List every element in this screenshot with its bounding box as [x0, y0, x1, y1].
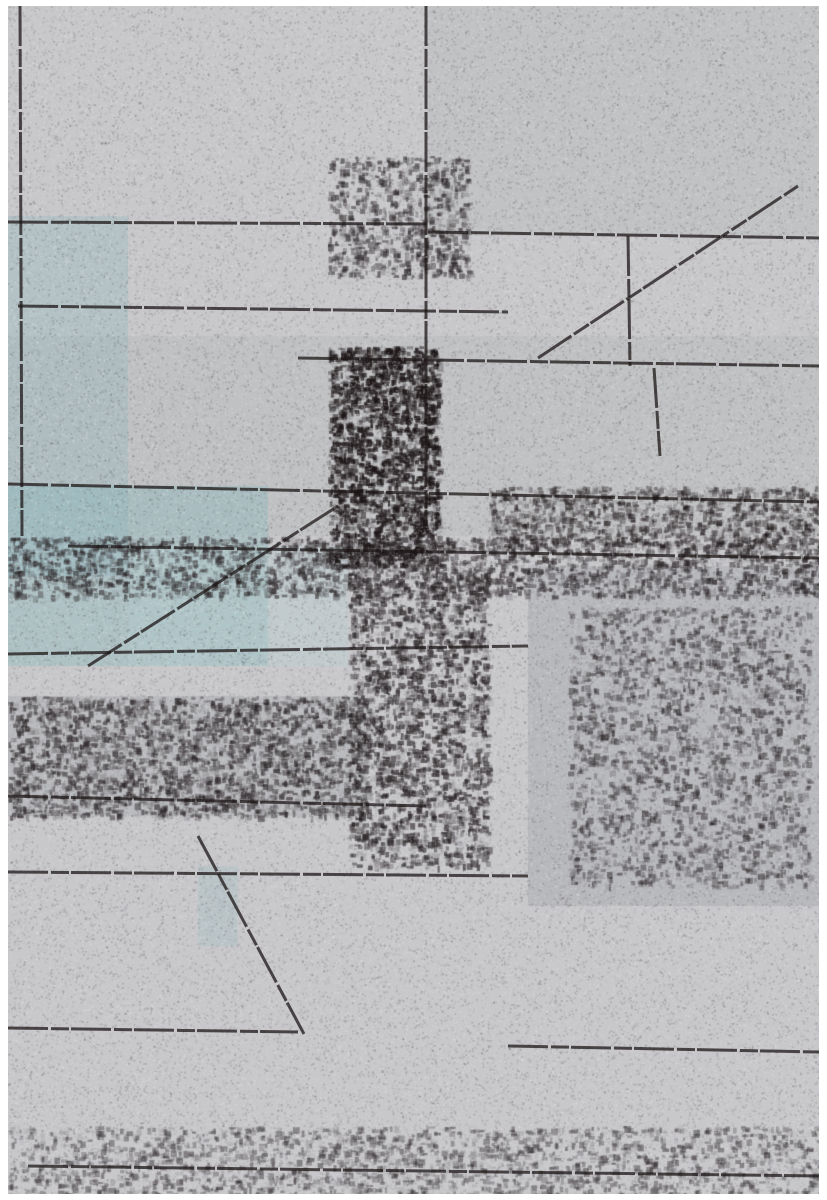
rug-photo	[8, 6, 819, 1194]
rug-pattern-lines	[8, 6, 819, 1194]
